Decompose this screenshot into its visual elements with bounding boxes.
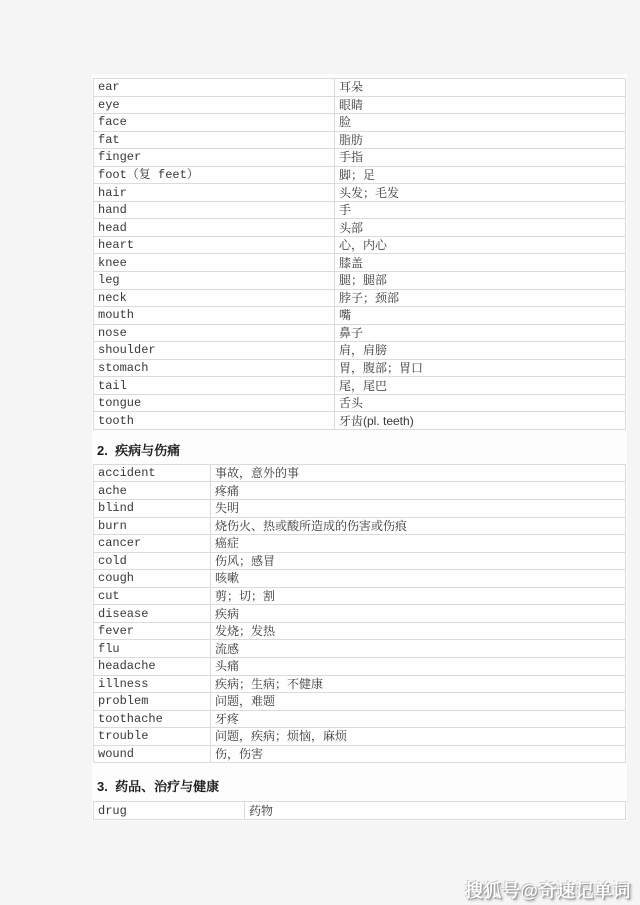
word-cell: burn <box>94 517 211 535</box>
definition-cell: 手 <box>335 201 626 219</box>
table-row: cold伤风；感冒 <box>94 552 626 570</box>
table-row: foot（复 feet）脚；足 <box>94 166 626 184</box>
word-cell: tail <box>94 377 335 395</box>
watermark: 搜狐号@奇速记单词 <box>465 877 631 903</box>
word-cell: cold <box>94 552 211 570</box>
word-cell: drug <box>94 802 245 820</box>
definition-cell: 流感 <box>211 640 626 658</box>
definition-cell: 眼睛 <box>335 96 626 114</box>
word-cell: tongue <box>94 394 335 412</box>
definition-cell: 头发；毛发 <box>335 184 626 202</box>
section-heading: 3. 药品、治疗与健康 <box>92 778 627 795</box>
table-row: fever发烧；发热 <box>94 622 626 640</box>
word-cell: ache <box>94 482 211 500</box>
word-cell: cut <box>94 587 211 605</box>
definition-cell: 脂肪 <box>335 131 626 149</box>
word-cell: face <box>94 114 335 132</box>
definition-cell: 伤风；感冒 <box>211 552 626 570</box>
word-cell: ear <box>94 79 335 97</box>
definition-cell: 药物 <box>245 802 626 820</box>
table-row: disease疾病 <box>94 605 626 623</box>
vocab-table: drug药物 <box>93 801 626 820</box>
definition-cell: 剪；切；割 <box>211 587 626 605</box>
table-row: shoulder肩，肩膀 <box>94 342 626 360</box>
definition-cell: 尾，尾巴 <box>335 377 626 395</box>
table-row: neck脖子；颈部 <box>94 289 626 307</box>
table-row: toothache牙疼 <box>94 710 626 728</box>
definition-cell: 疼痛 <box>211 482 626 500</box>
definition-cell: 问题，疾病；烦恼，麻烦 <box>211 728 626 746</box>
word-cell: mouth <box>94 307 335 325</box>
word-cell: cancer <box>94 535 211 553</box>
word-cell: toothache <box>94 710 211 728</box>
definition-cell: 疾病 <box>211 605 626 623</box>
word-cell: cough <box>94 570 211 588</box>
definition-cell: 鼻子 <box>335 324 626 342</box>
definition-cell: 脚；足 <box>335 166 626 184</box>
table-row: cough咳嗽 <box>94 570 626 588</box>
table-row: accident事故，意外的事 <box>94 464 626 482</box>
table-row: eye眼睛 <box>94 96 626 114</box>
table-row: trouble问题，疾病；烦恼，麻烦 <box>94 728 626 746</box>
table-row: mouth嘴 <box>94 307 626 325</box>
table-row: tongue舌头 <box>94 394 626 412</box>
table-row: heart心，内心 <box>94 236 626 254</box>
word-cell: wound <box>94 745 211 763</box>
definition-cell: 头部 <box>335 219 626 237</box>
word-cell: head <box>94 219 335 237</box>
definition-cell: 腿；腿部 <box>335 272 626 290</box>
table-row: burn烧伤火、热或酸所造成的伤害或伤痕 <box>94 517 626 535</box>
table-row: hair头发；毛发 <box>94 184 626 202</box>
word-cell: tooth <box>94 412 335 430</box>
definition-cell: 烧伤火、热或酸所造成的伤害或伤痕 <box>211 517 626 535</box>
table-row: illness疾病；生病；不健康 <box>94 675 626 693</box>
word-cell: nose <box>94 324 335 342</box>
table-row: head头部 <box>94 219 626 237</box>
table-row: flu流感 <box>94 640 626 658</box>
table-row: ear耳朵 <box>94 79 626 97</box>
word-cell: neck <box>94 289 335 307</box>
table-row: fat脂肪 <box>94 131 626 149</box>
word-cell: trouble <box>94 728 211 746</box>
definition-cell: 耳朵 <box>335 79 626 97</box>
vocab-table: ear耳朵eye眼睛face脸fat脂肪finger手指foot（复 feet）… <box>93 78 626 430</box>
definition-cell: 舌头 <box>335 394 626 412</box>
table-row: hand手 <box>94 201 626 219</box>
definition-cell: 事故，意外的事 <box>211 464 626 482</box>
word-cell: hand <box>94 201 335 219</box>
word-cell: foot（复 feet） <box>94 166 335 184</box>
section-heading: 2. 疾病与伤痛 <box>92 442 627 459</box>
definition-cell: 癌症 <box>211 535 626 553</box>
table-row: nose鼻子 <box>94 324 626 342</box>
word-cell: accident <box>94 464 211 482</box>
definition-cell: 心，内心 <box>335 236 626 254</box>
table-row: finger手指 <box>94 149 626 167</box>
word-cell: finger <box>94 149 335 167</box>
table-row: cancer癌症 <box>94 535 626 553</box>
definition-cell: 问题，难题 <box>211 693 626 711</box>
vocab-table: accident事故，意外的事ache疼痛blind失明burn烧伤火、热或酸所… <box>93 464 626 763</box>
definition-cell: 伤，伤害 <box>211 745 626 763</box>
definition-cell: 牙齿(pl. teeth) <box>335 412 626 430</box>
definition-cell: 牙疼 <box>211 710 626 728</box>
word-cell: stomach <box>94 359 335 377</box>
definition-cell: 嘴 <box>335 307 626 325</box>
word-cell: headache <box>94 657 211 675</box>
word-cell: knee <box>94 254 335 272</box>
word-cell: eye <box>94 96 335 114</box>
table-row: ache疼痛 <box>94 482 626 500</box>
table-row: drug药物 <box>94 802 626 820</box>
table-row: stomach胃，腹部；胃口 <box>94 359 626 377</box>
definition-cell: 咳嗽 <box>211 570 626 588</box>
table-row: face脸 <box>94 114 626 132</box>
word-cell: hair <box>94 184 335 202</box>
definition-cell: 脸 <box>335 114 626 132</box>
table-row: leg腿；腿部 <box>94 272 626 290</box>
word-cell: heart <box>94 236 335 254</box>
definition-cell: 手指 <box>335 149 626 167</box>
word-cell: fever <box>94 622 211 640</box>
definition-cell: 膝盖 <box>335 254 626 272</box>
definition-cell: 疾病；生病；不健康 <box>211 675 626 693</box>
word-cell: problem <box>94 693 211 711</box>
table-row: knee膝盖 <box>94 254 626 272</box>
document-sheet: ear耳朵eye眼睛face脸fat脂肪finger手指foot（复 feet）… <box>92 74 627 821</box>
definition-cell: 发烧；发热 <box>211 622 626 640</box>
word-cell: illness <box>94 675 211 693</box>
vocab-sections: ear耳朵eye眼睛face脸fat脂肪finger手指foot（复 feet）… <box>92 78 627 820</box>
definition-cell: 失明 <box>211 500 626 518</box>
table-row: tooth牙齿(pl. teeth) <box>94 412 626 430</box>
word-cell: flu <box>94 640 211 658</box>
word-cell: fat <box>94 131 335 149</box>
table-row: problem问题，难题 <box>94 693 626 711</box>
table-row: cut剪；切；割 <box>94 587 626 605</box>
table-row: blind失明 <box>94 500 626 518</box>
table-row: wound伤，伤害 <box>94 745 626 763</box>
word-cell: blind <box>94 500 211 518</box>
definition-cell: 胃，腹部；胃口 <box>335 359 626 377</box>
word-cell: disease <box>94 605 211 623</box>
definition-cell: 肩，肩膀 <box>335 342 626 360</box>
word-cell: leg <box>94 272 335 290</box>
definition-cell: 头痛 <box>211 657 626 675</box>
word-cell: shoulder <box>94 342 335 360</box>
definition-cell: 脖子；颈部 <box>335 289 626 307</box>
table-row: headache头痛 <box>94 657 626 675</box>
table-row: tail尾，尾巴 <box>94 377 626 395</box>
